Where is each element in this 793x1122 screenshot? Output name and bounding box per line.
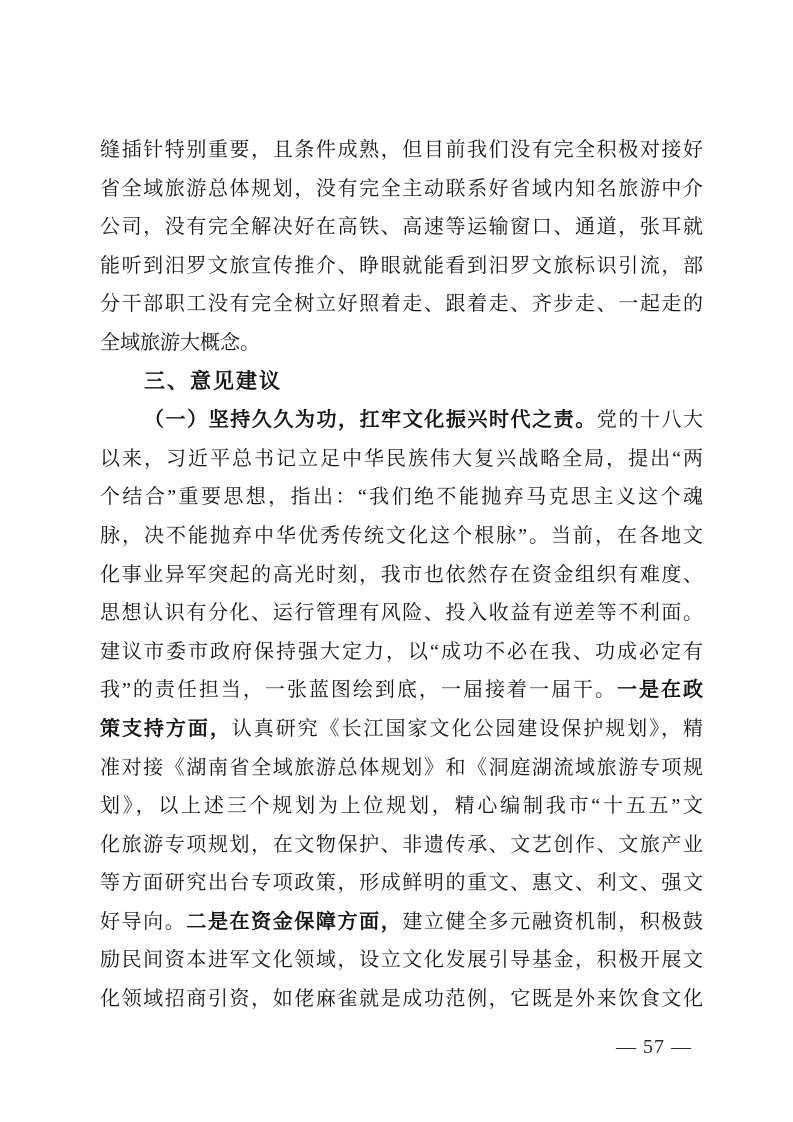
body-text: 分干部职工没有完全树立好照着走、跟着走、齐步走、一起走的 [100,293,703,315]
body-text: 划》，以上述三个规划为上位规划，精心编制我市“十五五”文 [100,795,703,817]
body-text: 励民间资本进军文化领域，设立文化发展引导基金，积极开展文 [100,949,703,971]
body-text: 个结合”重要思想，指出：“我们绝不能抛弃马克思主义这个魂 [100,486,703,508]
text-line: 公司，没有完全解决好在高铁、高速等运输窗口、通道，张耳就 [100,208,703,247]
text-line: 化事业异军突起的高光时刻，我市也依然存在资金组织有难度、 [100,556,703,595]
text-line: 我”的责任担当，一张蓝图绘到底，一届接着一届干。一是在政 [100,671,703,710]
page-footer: — 57 — [593,1036,715,1059]
text-line: 化领域招商引资，如佬麻雀就是成功范例，它既是外来饮食文化 [100,980,703,1019]
body-text: 公司，没有完全解决好在高铁、高速等运输窗口、通道，张耳就 [100,216,703,238]
body-text: 好导向。 [100,911,186,933]
page-number: — 57 — [616,1036,692,1058]
text-line: 省全域旅游总体规划，没有完全主动联系好省域内知名旅游中介 [100,170,703,209]
text-line: 划》，以上述三个规划为上位规划，精心编制我市“十五五”文 [100,787,703,826]
text-line: 能听到汨罗文旅宣传推介、睁眼就能看到汨罗文旅标识引流，部 [100,247,703,286]
body-text: 脉，决不能抛弃中华优秀传统文化这个根脉”。当前，在各地文 [100,525,703,547]
text-line: 分干部职工没有完全树立好照着走、跟着走、齐步走、一起走的 [100,285,703,324]
text-line: 思想认识有分化、运行管理有风险、投入收益有逆差等不利面。 [100,594,703,633]
text-line: 建议市委市政府保持强大定力，以“成功不必在我、功成必定有 [100,633,703,672]
body-text: 我”的责任担当，一张蓝图绘到底，一届接着一届干。 [100,679,617,701]
emphasis-text: （一）坚持久久为功，扛牢文化振兴时代之责。 [144,409,597,431]
emphasis-text: 策支持方面， [100,718,232,740]
text-line: 个结合”重要思想，指出：“我们绝不能抛弃马克思主义这个魂 [100,478,703,517]
heading-text: 三、意见建议 [144,370,282,393]
emphasis-text: 一是在政 [617,679,703,701]
body-text: 化旅游专项规划，在文物保护、非遗传承、文艺创作、文旅产业 [100,834,703,856]
body-text: 能听到汨罗文旅宣传推介、睁眼就能看到汨罗文旅标识引流，部 [100,255,703,277]
body-text: 党的十八大 [597,409,703,431]
body-text: 认真研究《长江国家文化公园建设保护规划》，精 [232,718,703,740]
text-line: 全域旅游大概念。 [100,324,703,363]
text-line: 策支持方面，认真研究《长江国家文化公园建设保护规划》，精 [100,710,703,749]
text-line: 脉，决不能抛弃中华优秀传统文化这个根脉”。当前，在各地文 [100,517,703,556]
emphasis-text: 二是在资金保障方面， [186,911,402,933]
text-line: 等方面研究出台专项政策，形成鲜明的重文、惠文、利文、强文 [100,864,703,903]
body-text: 化领域招商引资，如佬麻雀就是成功范例，它既是外来饮食文化 [100,988,703,1010]
body-text: 建议市委市政府保持强大定力，以“成功不必在我、功成必定有 [100,641,703,663]
text-line: 励民间资本进军文化领域，设立文化发展引导基金，积极开展文 [100,941,703,980]
text-line: 准对接《湖南省全域旅游总体规划》和《洞庭湖流域旅游专项规 [100,749,703,788]
body-text: 全域旅游大概念。 [100,332,260,354]
text-block: 缝插针特别重要，且条件成熟，但目前我们没有完全积极对接好省全域旅游总体规划，没有… [100,131,703,1019]
document-page: 缝插针特别重要，且条件成熟，但目前我们没有完全积极对接好省全域旅游总体规划，没有… [0,0,793,1122]
text-line: （一）坚持久久为功，扛牢文化振兴时代之责。党的十八大 [100,401,703,440]
body-text: 思想认识有分化、运行管理有风险、投入收益有逆差等不利面。 [100,602,703,624]
text-line: 好导向。二是在资金保障方面，建立健全多元融资机制，积极鼓 [100,903,703,942]
body-text: 准对接《湖南省全域旅游总体规划》和《洞庭湖流域旅游专项规 [100,757,703,779]
body-text: 建立健全多元融资机制，积极鼓 [402,911,703,933]
text-line: 化旅游专项规划，在文物保护、非遗传承、文艺创作、文旅产业 [100,826,703,865]
body-text: 省全域旅游总体规划，没有完全主动联系好省域内知名旅游中介 [100,178,703,200]
body-text: 化事业异军突起的高光时刻，我市也依然存在资金组织有难度、 [100,564,703,586]
section-heading: 三、意见建议 [100,363,703,402]
text-line: 缝插针特别重要，且条件成熟，但目前我们没有完全积极对接好 [100,131,703,170]
body-text: 缝插针特别重要，且条件成熟，但目前我们没有完全积极对接好 [100,139,703,161]
body-text: 以来，习近平总书记立足中华民族伟大复兴战略全局，提出“两 [100,448,703,470]
body-text: 等方面研究出台专项政策，形成鲜明的重文、惠文、利文、强文 [100,872,703,894]
text-line: 以来，习近平总书记立足中华民族伟大复兴战略全局，提出“两 [100,440,703,479]
